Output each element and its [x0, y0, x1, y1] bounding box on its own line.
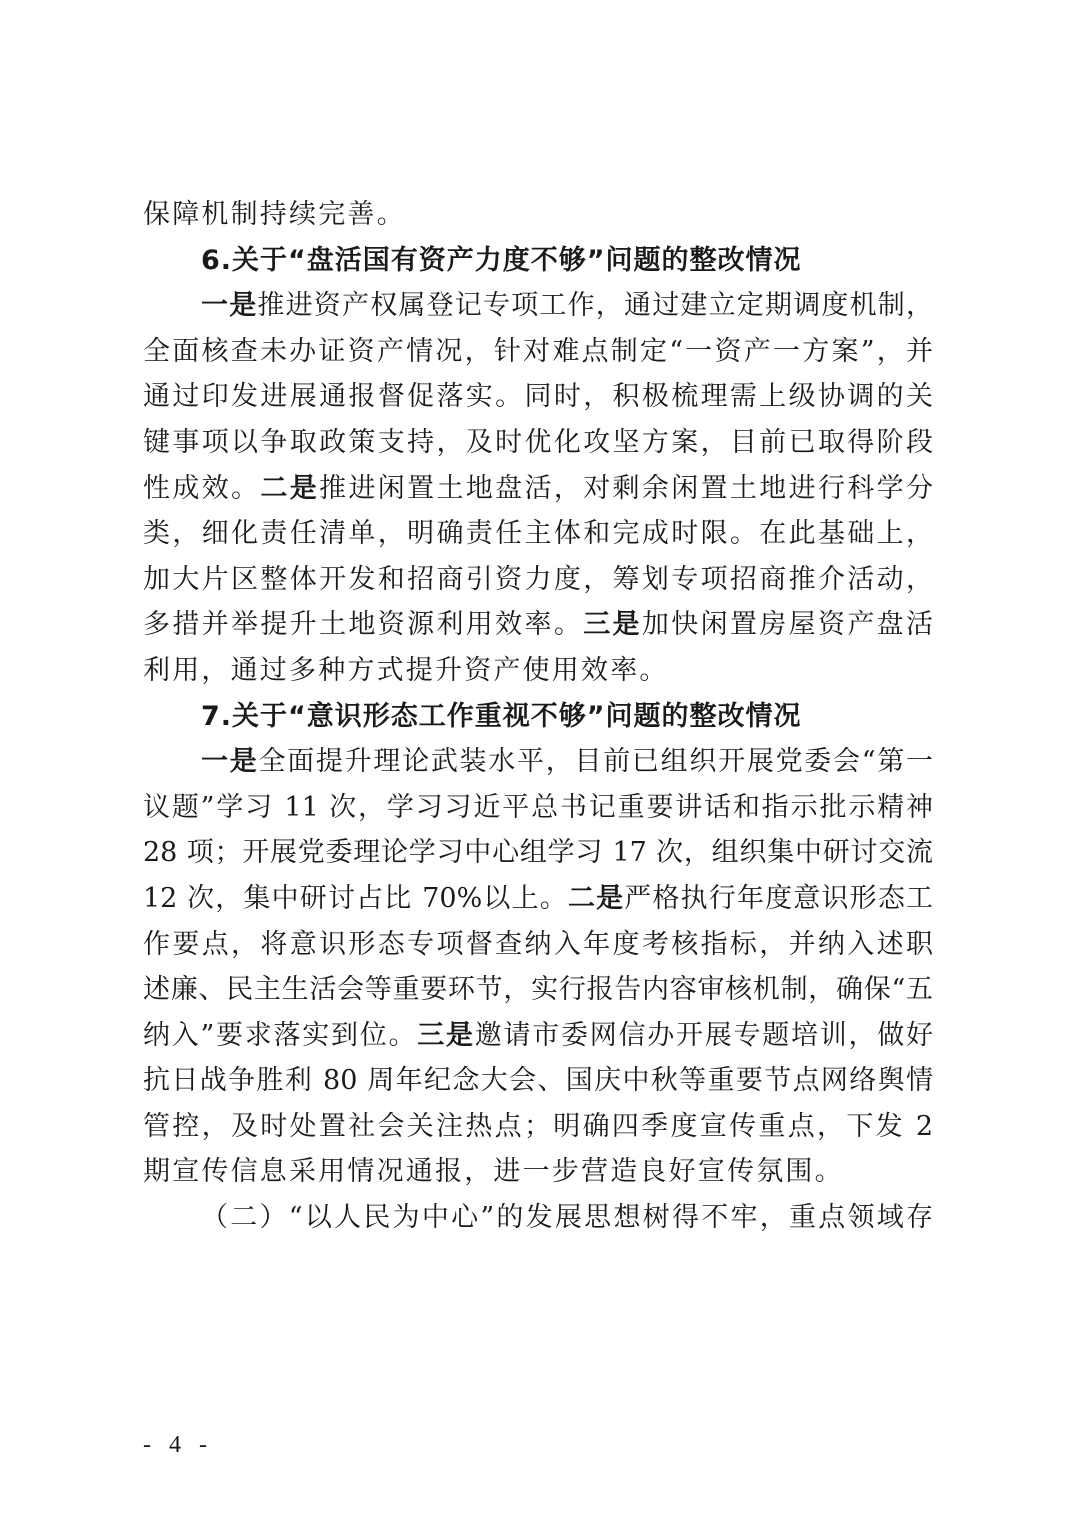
line-text: 纳入”要求落实到位。: [143, 1020, 417, 1051]
line-text: 全面核查未办证资产情况，针对难点制定“一资产一方案”，并: [143, 336, 933, 367]
line-text: 利用，通过多种方式提升资产使用效率。: [143, 655, 669, 686]
lead-term: 三是: [583, 609, 642, 640]
paragraph-line: 通过印发进展通报督促落实。同时，积极梳理需上级协调的关: [143, 374, 933, 420]
line-text: 期宣传信息采用情况通报，进一步营造良好宣传氛围。: [143, 1156, 844, 1187]
paragraph-line: 抗日战争胜利 80 周年纪念大会、国庆中秋等重要节点网络舆情: [143, 1058, 933, 1104]
paragraph-line: 纳入”要求落实到位。三是邀请市委网信办开展专题培训，做好: [143, 1013, 933, 1059]
line-text: 作要点，将意识形态专项督查纳入年度考核指标，并纳入述职: [143, 929, 933, 960]
paragraph-line: 保障机制持续完善。: [143, 192, 933, 238]
lead-term: 三是: [417, 1020, 475, 1051]
paragraph-line: 一是全面提升理论武装水平，目前已组织开展党委会“第一: [143, 739, 933, 785]
section-heading-6: 6.关于“盘活国有资产力度不够”问题的整改情况: [143, 238, 933, 284]
heading-text: 7.关于“意识形态工作重视不够”问题的整改情况: [201, 701, 802, 732]
paragraph-line: 12 次，集中研讨占比 70%以上。二是严格执行年度意识形态工: [143, 876, 933, 922]
paragraph-line: 多措并举提升土地资源利用效率。三是加快闲置房屋资产盘活: [143, 602, 933, 648]
line-text: 加大片区整体开发和招商引资力度，筹划专项招商推介活动，: [143, 564, 933, 595]
line-text: 多措并举提升土地资源利用效率。: [143, 609, 583, 640]
line-text: 全面提升理论武装水平，目前已组织开展党委会“第一: [258, 746, 933, 777]
section-subheading: （二）“以人民为中心”的发展思想树得不牢，重点领域存: [143, 1195, 933, 1241]
paragraph-line: 类，细化责任清单，明确责任主体和完成时限。在此基础上，: [143, 511, 933, 557]
line-text: 管控，及时处置社会关注热点；明确四季度宣传重点，下发 2: [143, 1111, 933, 1142]
paragraph-line: 作要点，将意识形态专项督查纳入年度考核指标，并纳入述职: [143, 922, 933, 968]
page-number: - 4 -: [143, 1432, 213, 1459]
line-text: 议题”学习 11 次，学习习近平总书记重要讲话和指示批示精神: [143, 792, 933, 823]
lead-term: 二是: [568, 883, 624, 914]
paragraph-line: 利用，通过多种方式提升资产使用效率。: [143, 648, 933, 694]
line-text: 述廉、民主生活会等重要环节，实行报告内容审核机制，确保“五: [143, 974, 933, 1005]
document-body: 保障机制持续完善。 6.关于“盘活国有资产力度不够”问题的整改情况 一是推进资产…: [143, 192, 933, 1241]
line-text: 性成效。: [143, 473, 260, 504]
line-text: 严格执行年度意识形态工: [624, 883, 933, 914]
paragraph-line: 述廉、民主生活会等重要环节，实行报告内容审核机制，确保“五: [143, 967, 933, 1013]
paragraph-line: 管控，及时处置社会关注热点；明确四季度宣传重点，下发 2: [143, 1104, 933, 1150]
paragraph-line: 键事项以争取政策支持，及时优化攻坚方案，目前已取得阶段: [143, 420, 933, 466]
paragraph-line: 全面核查未办证资产情况，针对难点制定“一资产一方案”，并: [143, 329, 933, 375]
line-text: 通过印发进展通报督促落实。同时，积极梳理需上级协调的关: [143, 381, 933, 412]
paragraph-line: 性成效。二是推进闲置土地盘活，对剩余闲置土地进行科学分: [143, 466, 933, 512]
section-heading-7: 7.关于“意识形态工作重视不够”问题的整改情况: [143, 694, 933, 740]
lead-term: 一是: [201, 290, 257, 321]
line-text: 推进闲置土地盘活，对剩余闲置土地进行科学分: [319, 473, 933, 504]
heading-text: 6.关于“盘活国有资产力度不够”问题的整改情况: [201, 245, 802, 276]
paragraph-line: 议题”学习 11 次，学习习近平总书记重要讲话和指示批示精神: [143, 785, 933, 831]
document-page: 保障机制持续完善。 6.关于“盘活国有资产力度不够”问题的整改情况 一是推进资产…: [0, 0, 1074, 1520]
line-text: 邀请市委网信办开展专题培训，做好: [475, 1020, 933, 1051]
line-text: 推进资产权属登记专项工作，通过建立定期调度机制，: [257, 290, 933, 321]
paragraph-line: 加大片区整体开发和招商引资力度，筹划专项招商推介活动，: [143, 557, 933, 603]
line-text: 类，细化责任清单，明确责任主体和完成时限。在此基础上，: [143, 518, 933, 549]
line-text: 抗日战争胜利 80 周年纪念大会、国庆中秋等重要节点网络舆情: [143, 1065, 933, 1096]
line-text: 键事项以争取政策支持，及时优化攻坚方案，目前已取得阶段: [143, 427, 933, 458]
lead-term: 一是: [201, 746, 258, 777]
line-text: （二）“以人民为中心”的发展思想树得不牢，重点领域存: [201, 1202, 933, 1233]
paragraph-line: 一是推进资产权属登记专项工作，通过建立定期调度机制，: [143, 283, 933, 329]
lead-term: 二是: [260, 473, 319, 504]
line-text: 12 次，集中研讨占比 70%以上。: [143, 883, 568, 914]
paragraph-line: 28 项；开展党委理论学习中心组学习 17 次，组织集中研讨交流: [143, 830, 933, 876]
line-text: 保障机制持续完善。: [143, 199, 406, 230]
line-text: 加快闲置房屋资产盘活: [642, 609, 933, 640]
paragraph-line: 期宣传信息采用情况通报，进一步营造良好宣传氛围。: [143, 1149, 933, 1195]
line-text: 28 项；开展党委理论学习中心组学习 17 次，组织集中研讨交流: [143, 837, 933, 868]
